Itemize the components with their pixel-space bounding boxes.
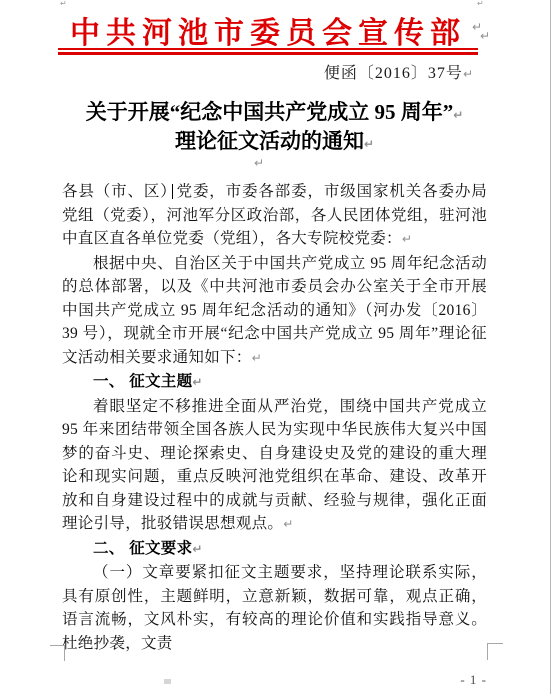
paragraph-mark-icon: ↵ [364, 137, 374, 151]
paragraph-mark-icon: ↵ [192, 542, 202, 556]
margin-crop-mark-right [487, 643, 503, 660]
paragraph-mark-icon: ↵ [252, 351, 262, 365]
document-number[interactable]: 便函〔2016〕37号↵ [324, 60, 473, 83]
page-right-edge [550, 0, 551, 694]
margin-crop-mark-left [50, 645, 65, 661]
paragraph-mark-icon: ↵ [463, 67, 473, 81]
paragraph-mark-icon: ↵ [283, 517, 293, 531]
document-page[interactable]: 中共河池市委员会宣传部 ↵ ↵ ↵ ↵ 便函〔2016〕37号↵ 关于开展“纪念… [0, 0, 553, 694]
document-title[interactable]: 关于开展“纪念中国共产党成立 95 周年”↵ 理论征文活动的通知↵ [62, 99, 487, 157]
section-heading-1-text: 一、 征文主题 [93, 373, 192, 390]
document-title-line2: 理论征文活动的通知↵ [62, 128, 487, 157]
letterhead-divider [58, 48, 478, 55]
formatting-mark-artifact [164, 679, 171, 684]
section-heading-2-text: 二、 征文要求 [93, 540, 192, 557]
section-heading-1[interactable]: 一、 征文主题↵ [62, 370, 487, 395]
paragraph-mark-icon: ↵ [192, 375, 202, 389]
paragraph-mark-icon: ↵ [480, 29, 490, 43]
document-title-line2-text: 理论征文活动的通知 [175, 129, 364, 153]
paragraph-mark-icon: ↵ [402, 232, 412, 246]
letterhead-divider-bottom-line [58, 52, 478, 55]
paragraph-recipients-text: 各县（市、区）党委，市委各部委，市级国家机关各委办局党组（党委），河池军分区政治… [62, 183, 487, 247]
document-number-text: 便函〔2016〕37号 [324, 65, 463, 82]
paragraph-intro[interactable]: 根据中央、自治区关于中国共产党成立 95 周年纪念活动的总体部署，以及《中共河池… [62, 252, 487, 371]
paragraph-mark-icon: ↵ [60, 0, 67, 8]
paragraph-recipients[interactable]: 各县（市、区）党委，市委各部委，市级国家机关各委办局党组（党委），河池军分区政治… [62, 180, 487, 252]
paragraph-mark-icon: ↵ [477, 0, 484, 8]
paragraph-theme[interactable]: 着眼坚定不移推进全面从严治党，围绕中国共产党成立 95 年来团结带领全国各族人民… [62, 395, 487, 537]
paragraph-requirement[interactable]: （一）文章要紧扣征文主题要求，坚持理论联系实际，具有原创性，主题鲜明，立意新颖，… [62, 561, 487, 655]
paragraph-intro-text: 根据中央、自治区关于中国共产党成立 95 周年纪念活动的总体部署，以及《中共河池… [62, 255, 487, 366]
page-number: - 1 - [460, 672, 487, 688]
paragraph-mark-icon: ↵ [254, 156, 264, 170]
document-body[interactable]: 各县（市、区）党委，市委各部委，市级国家机关各委办局党组（党委），河池军分区政治… [62, 180, 487, 655]
document-title-line1-text: 关于开展“纪念中国共产党成立 95 周年” [86, 100, 454, 124]
document-title-line1: 关于开展“纪念中国共产党成立 95 周年”↵ [62, 99, 487, 128]
section-heading-2[interactable]: 二、 征文要求↵ [62, 537, 487, 562]
paragraph-requirement-text: （一）文章要紧扣征文主题要求，坚持理论联系实际，具有原创性，主题鲜明，立意新颖，… [62, 564, 487, 652]
text-cursor-caret [172, 184, 173, 199]
paragraph-mark-icon: ↵ [453, 108, 463, 122]
letterhead-org-name[interactable]: 中共河池市委员会宣传部 [56, 8, 480, 52]
paragraph-theme-text: 着眼坚定不移推进全面从严治党，围绕中国共产党成立 95 年来团结带领全国各族人民… [62, 398, 487, 533]
